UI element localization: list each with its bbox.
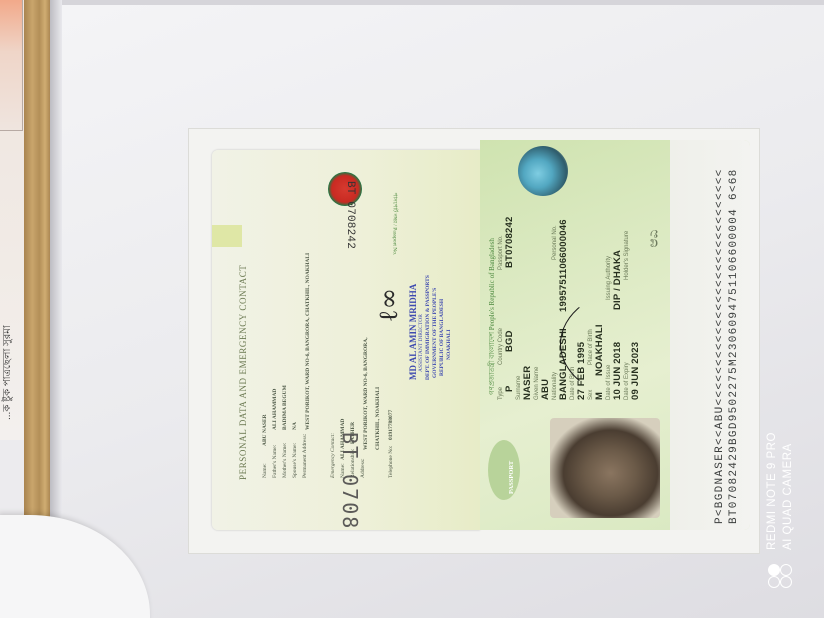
ec-phone-value: 01917788077 [388,410,394,440]
field-mother-label: Mother's Name: [282,443,288,478]
officer-title-5: NOAKHALI [446,329,452,360]
passport-no-label: পাসপোর্ট নম্বর / Passport No. [389,193,397,256]
given-name-value: ABU [540,379,551,400]
officer-title-3: GOVERNMENT OF THE PEOPLE'S [432,288,438,378]
holder-photo [550,418,660,518]
field-name-label: Name: [262,463,268,478]
water-lily-emblem-icon [518,146,568,196]
background-document-corner [0,0,23,131]
personal-no-value: 19957511066000046 [558,219,569,312]
bio-data-page: গণপ্রজাতন্ত্রী বাংলাদেশ People's Republi… [480,140,750,530]
passport-word: PASSPORT [508,461,515,494]
officer-title-1: ASSISTANT DIRECTOR [418,314,424,372]
type-value: P [504,385,515,392]
holder-signature: ಆಎ [645,229,662,247]
passport-no-value: BT0708242 [504,217,515,268]
camera-logo-ring-icon [768,576,780,588]
field-address-value: WEST PORIKOT, WARD NO-6, BANGRORA, CHATK… [302,250,314,430]
tab-marker [212,225,242,247]
watermark-line-2: AI QUAD CAMERA [782,443,794,550]
field-address-label: Permanent Address: [302,434,308,478]
officer-title-2: DEPT. OF IMMIGRATION & PASSPORTS [425,275,431,380]
passport-serial: BT 0708242 [344,181,356,241]
surname-value: NASER [522,366,533,400]
personal-data-heading: PERSONAL DATA AND EMERGENCY CONTACT [238,265,248,480]
camera-logo-ring-icon [780,564,792,576]
personal-data-page: BT 0708242 পাসপোর্ট নম্বর / Passport No.… [212,150,480,530]
emergency-heading: Emergency Contact: [330,433,336,478]
passport-seal-icon [488,440,520,500]
officer-name: MD AL AMIN MRIDHA [408,284,418,380]
field-mother-value: BADIMA BEGUM [282,385,288,430]
signature-label: Holder's Signature [624,231,630,280]
mrz-zone: P<BGDNASER<<ABU<<<<<<<<<<<<<<<<<<<<<<<<<… [670,140,750,530]
field-father-value: ALI AHAMMAD [272,389,278,430]
field-spouse-value: NA [292,422,298,430]
officer-signature: ℓ∞ [374,288,404,322]
mrz-line-2: BT07082429BGD9502275M2306094751106600004… [728,168,740,524]
country-code-value: BGD [504,330,515,352]
camera-logo-ring-icon [780,576,792,588]
passport-copy: BT 0708242 পাসপোর্ট নম্বর / Passport No.… [212,140,752,530]
watermark-line-1: REDMI NOTE 9 PRO [766,432,778,550]
background-document-text: ...ক ষ্টুক পাত্রছেলা সুরমা [0,270,18,420]
ec-address-value: WEST PORIKOT, WARD NO-6, BANGRORA, CHATK… [360,310,384,450]
field-spouse-label: Spouse's Name: [292,443,298,478]
officer-title-4: REPUBLIC OF BANGLADESH [439,299,445,376]
perforated-serial: BT 0708242 [338,432,362,530]
camera-watermark: REDMI NOTE 9 PRO AI QUAD CAMERA [764,414,824,594]
camera-logo-dot-icon [768,564,780,576]
wooden-edge [24,0,52,540]
field-name-value: ABU NASER [262,414,268,446]
field-father-label: Father's Name: [272,445,278,478]
ec-phone-label: Telephone No: [388,446,394,478]
country-header: গণপ্রজাতন্ত্রী বাংলাদেশ People's Republi… [486,238,498,395]
mrz-line-1: P<BGDNASER<<ABU<<<<<<<<<<<<<<<<<<<<<<<<<… [714,168,726,524]
